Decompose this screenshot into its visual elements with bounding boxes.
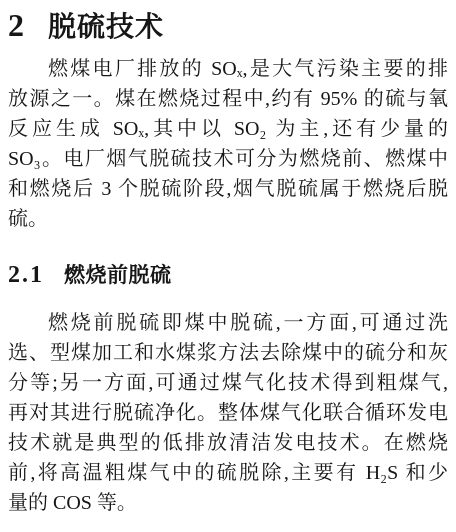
text-line: 选、型煤加工和水煤浆方法去除煤中的硫分和灰 xyxy=(8,338,448,368)
document-page: 2 脱硫技术 燃煤电厂排放的 SOₓ,是大气污染主要的排 放源之一。煤在燃烧过程… xyxy=(0,0,456,532)
text-line: 再对其进行脱硫净化。整体煤气化联合循环发电 xyxy=(8,398,448,428)
text-line: 技术就是典型的低排放清洁发电技术。在燃烧 xyxy=(8,428,448,458)
paragraph-intro: 燃煤电厂排放的 SOₓ,是大气污染主要的排 放源之一。煤在燃烧过程中,约有 95… xyxy=(8,54,448,234)
text-line: 硫。 xyxy=(8,204,448,234)
text-line: 燃煤电厂排放的 SOₓ,是大气污染主要的排 xyxy=(8,54,448,84)
section-number: 2 xyxy=(8,6,24,44)
subsection-number: 2.1 xyxy=(8,260,44,290)
text-line: 燃烧前脱硫即煤中脱硫,一方面,可通过洗 xyxy=(8,308,448,338)
paragraph-pre-combustion: 燃烧前脱硫即煤中脱硫,一方面,可通过洗 选、型煤加工和水煤浆方法去除煤中的硫分和… xyxy=(8,308,448,518)
text-line: SO₃。电厂烟气脱硫技术可分为燃烧前、燃煤中 xyxy=(8,144,448,174)
text-line: 和燃烧后 3 个脱硫阶段,烟气脱硫属于燃烧后脱 xyxy=(8,174,448,204)
text-line: 反应生成 SOₓ,其中以 SO₂ 为主,还有少量的 xyxy=(8,114,448,144)
subsection-title: 燃烧前脱硫 xyxy=(64,261,172,291)
section-title: 脱硫技术 xyxy=(48,8,164,46)
section-heading: 2 脱硫技术 xyxy=(8,6,448,44)
text-line: 量的 COS 等。 xyxy=(8,488,448,518)
text-line: 放源之一。煤在燃烧过程中,约有 95% 的硫与氧 xyxy=(8,84,448,114)
text-line: 分等;另一方面,可通过煤气化技术得到粗煤气, xyxy=(8,368,448,398)
text-line: 前,将高温粗煤气中的硫脱除,主要有 H₂S 和少 xyxy=(8,458,448,488)
subsection-heading: 2.1 燃烧前脱硫 xyxy=(8,260,448,290)
